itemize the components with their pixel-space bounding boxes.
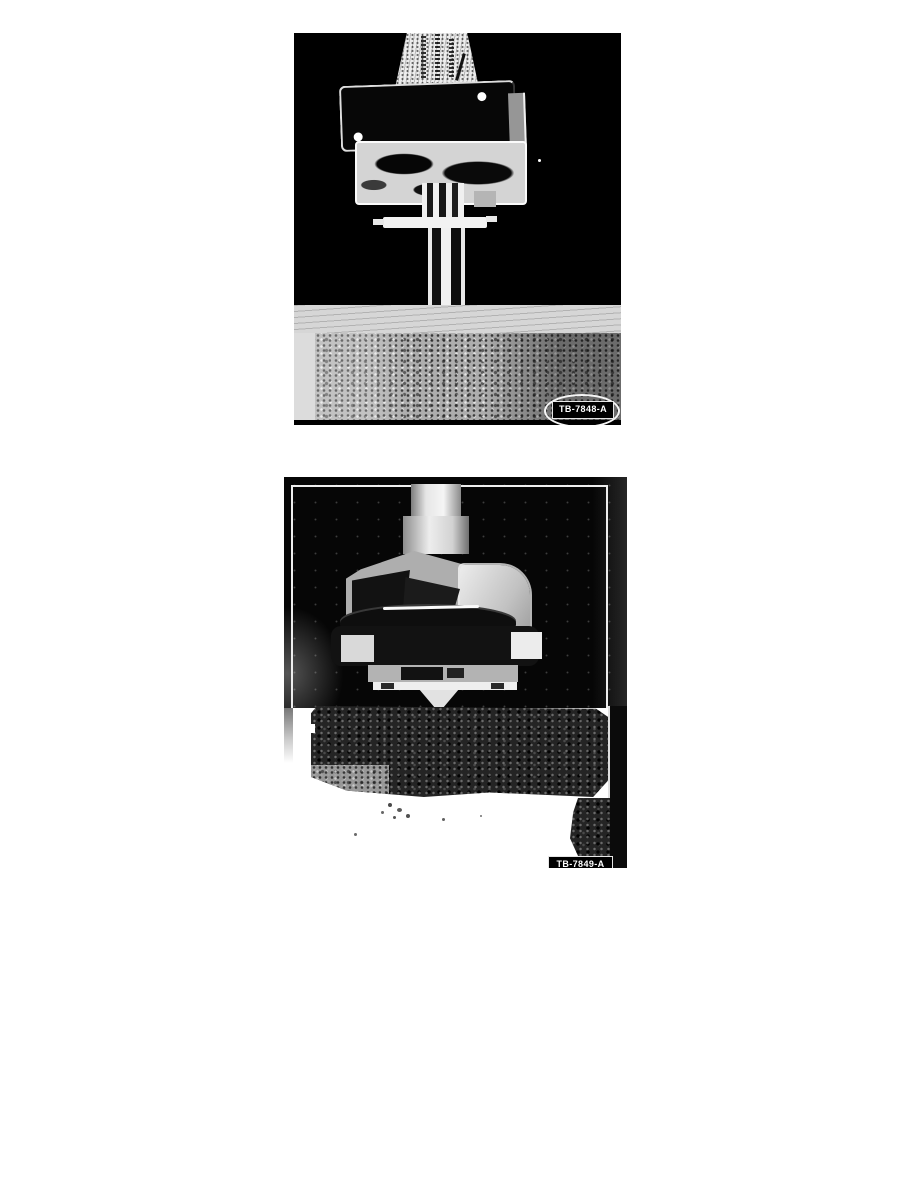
plate-dark-slot [447,668,464,678]
flange-tab-right [511,632,542,659]
body-step [474,191,496,207]
photo-left-frame-fade [284,708,293,763]
funnel-shadow-line [455,53,466,81]
foreground-speck [406,814,410,818]
foreground-speck [381,811,384,814]
foreground-speck [393,816,396,819]
test-block-dark [311,706,608,797]
screw-hole-dot [477,92,486,101]
right-edge-block [570,798,610,863]
block-edge-notch [309,724,315,733]
base-plate [368,665,518,682]
foreground-speck [397,808,402,812]
pedestal-column [422,183,464,221]
foreground-speck [442,818,445,821]
manual-page: TB-7848-A [0,0,918,1188]
mounting-flange [383,217,487,228]
foreground-speck [480,815,482,817]
figure-2-label: TB-7849-A [548,856,613,868]
block-light-corner [311,765,389,795]
surface-left-edge [294,333,315,420]
funnel-marking [449,39,454,77]
plate-dark-slot [401,667,443,680]
bolt-head [491,683,504,689]
background-speck [538,159,541,162]
funnel-marking [421,36,426,78]
block-top-surface [294,305,621,335]
bolt-head [381,683,394,689]
flange-tab-left [341,635,374,662]
funnel-shape [395,33,479,88]
drive-shaft [411,484,461,517]
figure-1-label: TB-7848-A [552,401,614,419]
shaft-step-block [403,516,469,554]
funnel-marking [435,34,440,82]
flange-wing [486,216,497,222]
photo-figure-2: TB-7849-A [284,477,627,868]
flange-wing [373,219,384,225]
foreground-speck [354,833,357,836]
photo-figure-1: TB-7848-A [294,33,621,425]
foreground-speck [388,803,392,807]
base-strip [373,682,517,690]
photo-right-frame [608,706,627,868]
